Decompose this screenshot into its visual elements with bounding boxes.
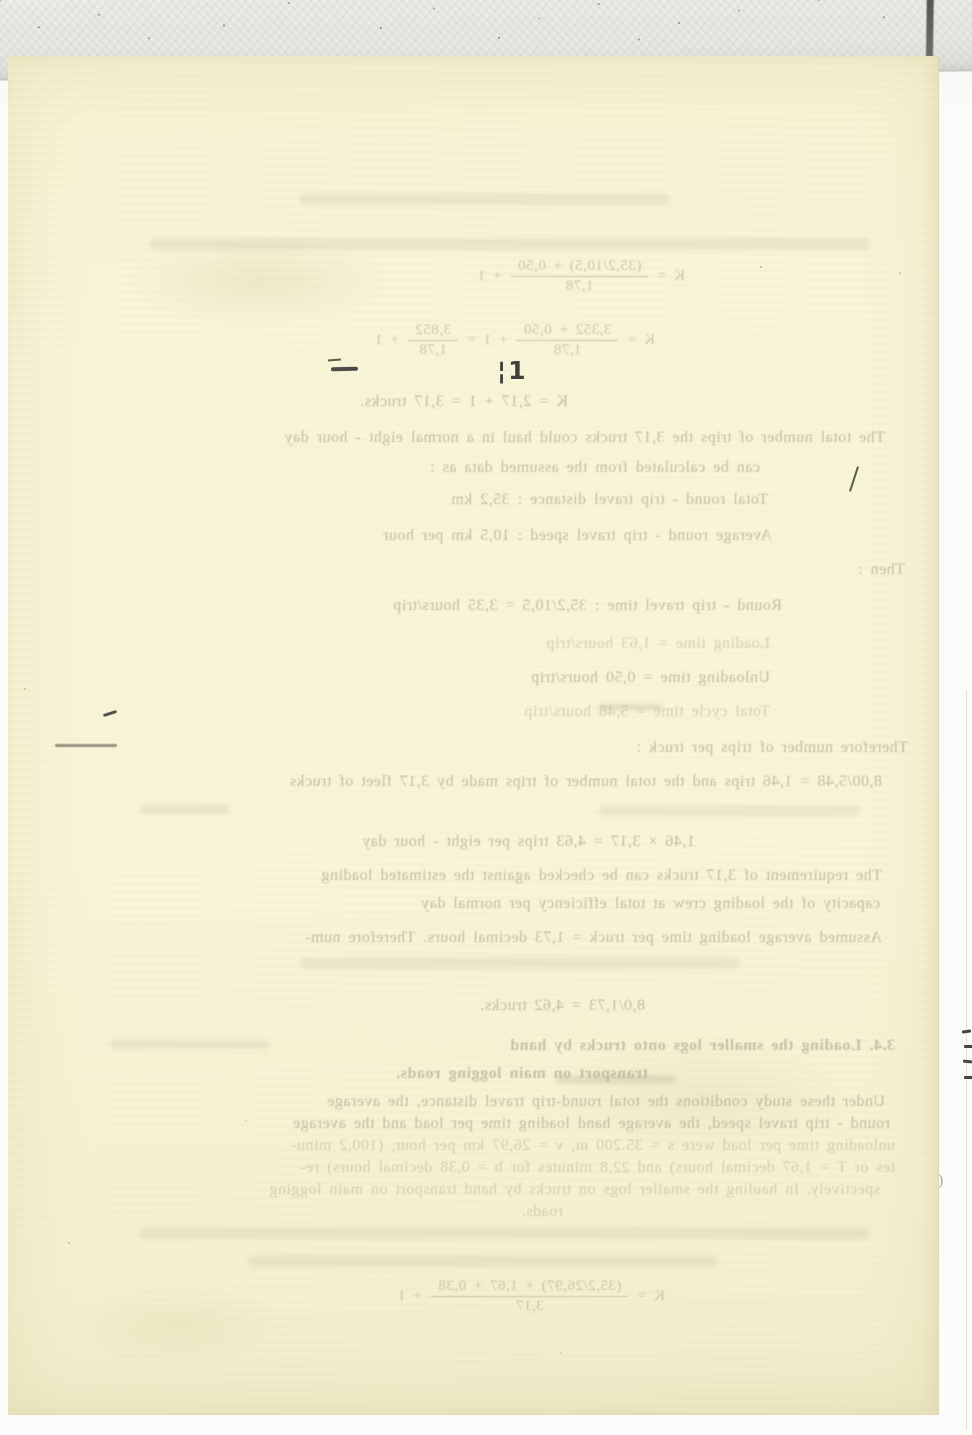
ghost-paragraph-study-line2: round - trip travel speed, the average h… <box>293 1114 890 1134</box>
fraction-denominator: 1,78 <box>419 341 447 359</box>
fraction-numerator: (35,2/26,97) + 1,67 + 0,38 <box>431 1278 629 1297</box>
ghost-row-loading-time: Loading time = 1,63 hours/trip <box>546 634 770 654</box>
illegible-ghost-fragment <box>140 804 230 814</box>
ghost-line-therefore: Therefore number of trips per truck : <box>636 738 908 758</box>
ghost-paragraph-check-line1: The requirement of 3,17 trucks can be ch… <box>321 866 882 886</box>
formula-fraction: (35,2/26,97) + 1,67 + 0,38 3,17 <box>431 1278 629 1316</box>
paper-dust-specks <box>0 0 2 2</box>
fraction-denominator: 3,17 <box>516 1297 544 1315</box>
formula-tail: + 1 <box>398 1287 422 1306</box>
ghost-paragraph-study-line1: Under these study conditions the total r… <box>327 1092 885 1112</box>
margin-paren-mark: ) <box>938 1172 943 1190</box>
fraction-numerator: 3,352 + 0,50 <box>516 322 618 341</box>
ghost-row-unloading-time: Unloading time = 0,50 hours/trip <box>531 668 770 688</box>
ghost-paragraph-study-line4: tes or T = 1,67 decimal hours) and 22,8 … <box>300 1158 895 1178</box>
ghost-row-travel-distance: Total round - trip travel distance : 35,… <box>451 490 768 510</box>
formula-fraction: 3,852 1,78 <box>408 322 458 360</box>
fraction-denominator: 1,78 <box>565 277 593 295</box>
illegible-ghost-underline <box>556 1076 676 1083</box>
stamp-bar-glyph: ¦ <box>497 356 508 385</box>
ghost-paragraph-total-trips-line1: The total number of trips the 3,17 truck… <box>284 428 885 448</box>
illegible-ghost-line <box>248 1256 718 1267</box>
illegible-ghost-line <box>150 238 870 250</box>
ghost-paragraph-check-line2: capacity of the loading crew at total ef… <box>421 894 880 914</box>
ghost-line-trips-per-fleet: 8,00/5,48 = 1,46 trips and the total num… <box>289 772 882 792</box>
formula-lhs: K = <box>637 1287 665 1306</box>
ghost-row-travel-speed: Average round - trip travel speed : 10,5… <box>383 526 772 546</box>
illegible-ghost-fragment <box>110 1040 270 1049</box>
fraction-numerator: (35,2/10,5) + 0,50 <box>511 258 649 277</box>
formula-lhs: K = <box>627 331 655 350</box>
illegible-ghost-line <box>140 1228 870 1239</box>
ghost-paragraph-study-line3: unloading time per load were s = 35.200 … <box>291 1136 895 1156</box>
ghost-heading-3-4-line1: 3.4. Loading the smaller logs onto truck… <box>510 1036 895 1056</box>
formula-tail: + 1 <box>477 267 501 286</box>
ghost-line-assumed-loading: Assumed average loading time per truck =… <box>305 928 882 948</box>
formula-fraction: (35,2/10,5) + 0,50 1,78 <box>511 258 649 296</box>
ghost-paragraph-total-trips-line2: can be calculated from the assumed data … <box>430 458 760 478</box>
ghost-line-trips-result: 1,46 × 3,17 = 4,63 trips per eight - hou… <box>362 832 695 852</box>
right-edge-faint-line <box>966 690 967 1430</box>
illegible-ghost-dashes <box>598 704 662 710</box>
pen-double-dash-mark <box>331 367 358 372</box>
fraction-numerator: 3,852 <box>408 322 458 341</box>
formula-mid: + 1 = <box>467 331 507 350</box>
ghost-paragraph-study-line6: roads. <box>521 1202 563 1222</box>
ghost-formula-trucks-3: K = (35,2/26,97) + 1,67 + 0,38 3,17 + 1 <box>398 1278 665 1316</box>
scanned-document-photo: { "colors": { "paper": "#f8f4d8", "band"… <box>0 0 972 1435</box>
mirrored-ghost-text-layer: K = (35,2/10,5) + 0,50 1,78 + 1 K = 3,35… <box>0 0 972 1435</box>
ghost-formula-trucks-2: K = 3,352 + 0,50 1,78 + 1 = 3,852 1,78 +… <box>375 322 655 360</box>
ghost-formula-trucks-1: K = (35,2/10,5) + 0,50 1,78 + 1 <box>477 258 685 296</box>
fraction-denominator: 1,78 <box>553 341 581 359</box>
formula-fraction: 3,352 + 0,50 1,78 <box>516 322 618 360</box>
ghost-line-trucks-result: 8,0/1,73 = 4,62 trucks. <box>480 996 645 1016</box>
illegible-ghost-line <box>300 958 740 969</box>
stamp-digit: 1 <box>508 356 527 385</box>
ghost-row-travel-time: Round - trip travel time : 35,2/10,5 = 3… <box>393 596 782 616</box>
ghost-label-then: Then : <box>858 560 905 580</box>
ghost-paragraph-study-line5: spectively. In hauling the smaller logs … <box>269 1180 880 1200</box>
formula-tail: + 1 <box>375 331 399 350</box>
formula-lhs: K = <box>657 267 685 286</box>
stamp-number-one: ¦1 <box>497 358 528 383</box>
illegible-ghost-heading <box>300 194 670 205</box>
margin-dash-mark <box>55 744 117 747</box>
illegible-ghost-fragment <box>600 806 860 816</box>
ghost-line-result-trucks: K = 2,17 + 1 = 3,17 trucks. <box>360 392 568 412</box>
